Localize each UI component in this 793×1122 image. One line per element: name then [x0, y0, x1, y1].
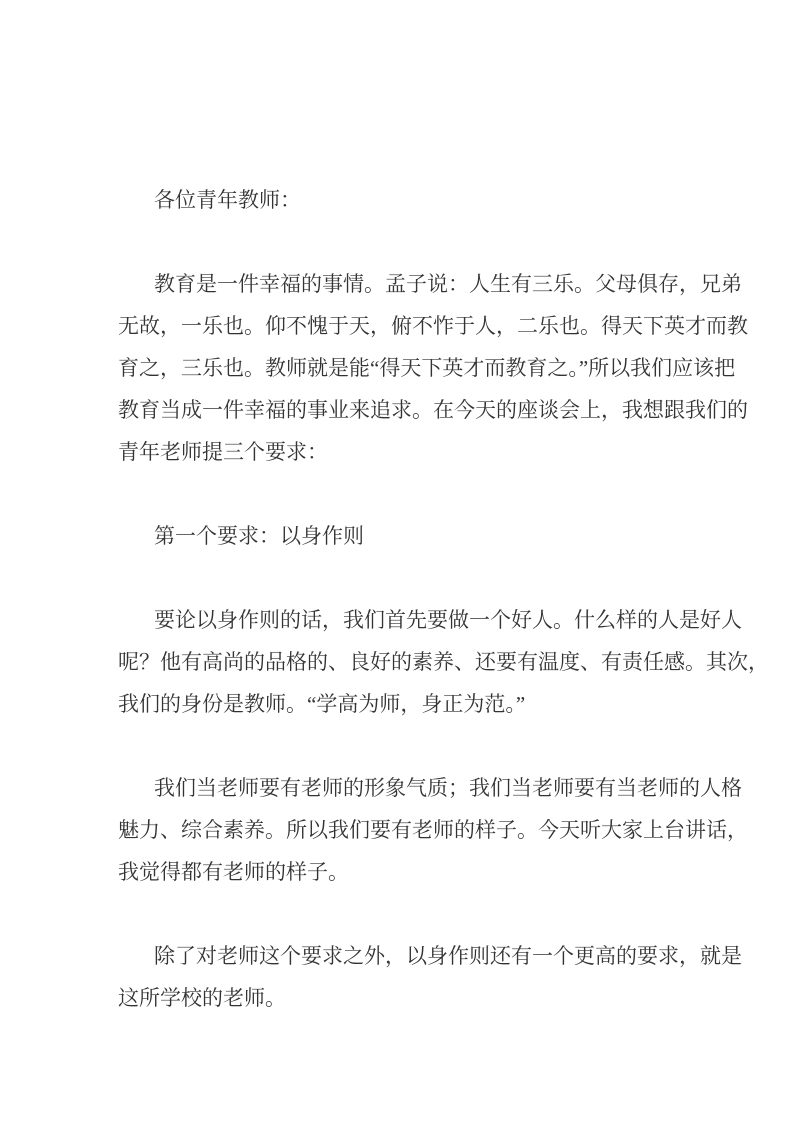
paragraph-teacher-image: 我们当老师要有老师的形象气质；我们当老师要有当老师的人格 魅力、综合素养。所以我…	[118, 767, 682, 893]
text-line: 这所学校的老师。	[118, 977, 682, 1019]
text-line: 青年老师提三个要求：	[118, 431, 682, 473]
text-line: 我觉得都有老师的样子。	[118, 851, 682, 893]
text-line: 无故，一乐也。仰不愧于天，俯不怍于人，二乐也。得天下英才而教	[118, 305, 682, 347]
paragraph-be-a-good-person: 要论以身作则的话，我们首先要做一个好人。什么样的人是好人 呢？他有高尚的品格的、…	[118, 599, 682, 725]
text-line: 要论以身作则的话，我们首先要做一个好人。什么样的人是好人	[118, 599, 682, 641]
paragraph-heading-first-requirement: 第一个要求：以身作则	[118, 515, 682, 557]
document-page: 各位青年教师： 教育是一件幸福的事情。孟子说：人生有三乐。父母俱存，兄弟 无故，…	[0, 0, 793, 1122]
text-line: 教育当成一件幸福的事业来追求。在今天的座谈会上，我想跟我们的	[118, 389, 682, 431]
text-line: 我们的身份是教师。“学高为师，身正为范。”	[118, 683, 682, 725]
paragraph-salutation: 各位青年教师：	[118, 179, 682, 221]
paragraph-intro: 教育是一件幸福的事情。孟子说：人生有三乐。父母俱存，兄弟 无故，一乐也。仰不愧于…	[118, 263, 682, 473]
text-line: 各位青年教师：	[118, 179, 682, 221]
text-line: 我们当老师要有老师的形象气质；我们当老师要有当老师的人格	[118, 767, 682, 809]
text-line: 除了对老师这个要求之外，以身作则还有一个更高的要求，就是	[118, 935, 682, 977]
text-line: 魅力、综合素养。所以我们要有老师的样子。今天听大家上台讲话，	[118, 809, 682, 851]
text-line: 教育是一件幸福的事情。孟子说：人生有三乐。父母俱存，兄弟	[118, 263, 682, 305]
text-line: 呢？他有高尚的品格的、良好的素养、还要有温度、有责任感。其次，	[118, 641, 682, 683]
paragraph-higher-requirement: 除了对老师这个要求之外，以身作则还有一个更高的要求，就是 这所学校的老师。	[118, 935, 682, 1019]
text-line: 第一个要求：以身作则	[118, 515, 682, 557]
text-line: 育之，三乐也。教师就是能“得天下英才而教育之。”所以我们应该把	[118, 347, 682, 389]
